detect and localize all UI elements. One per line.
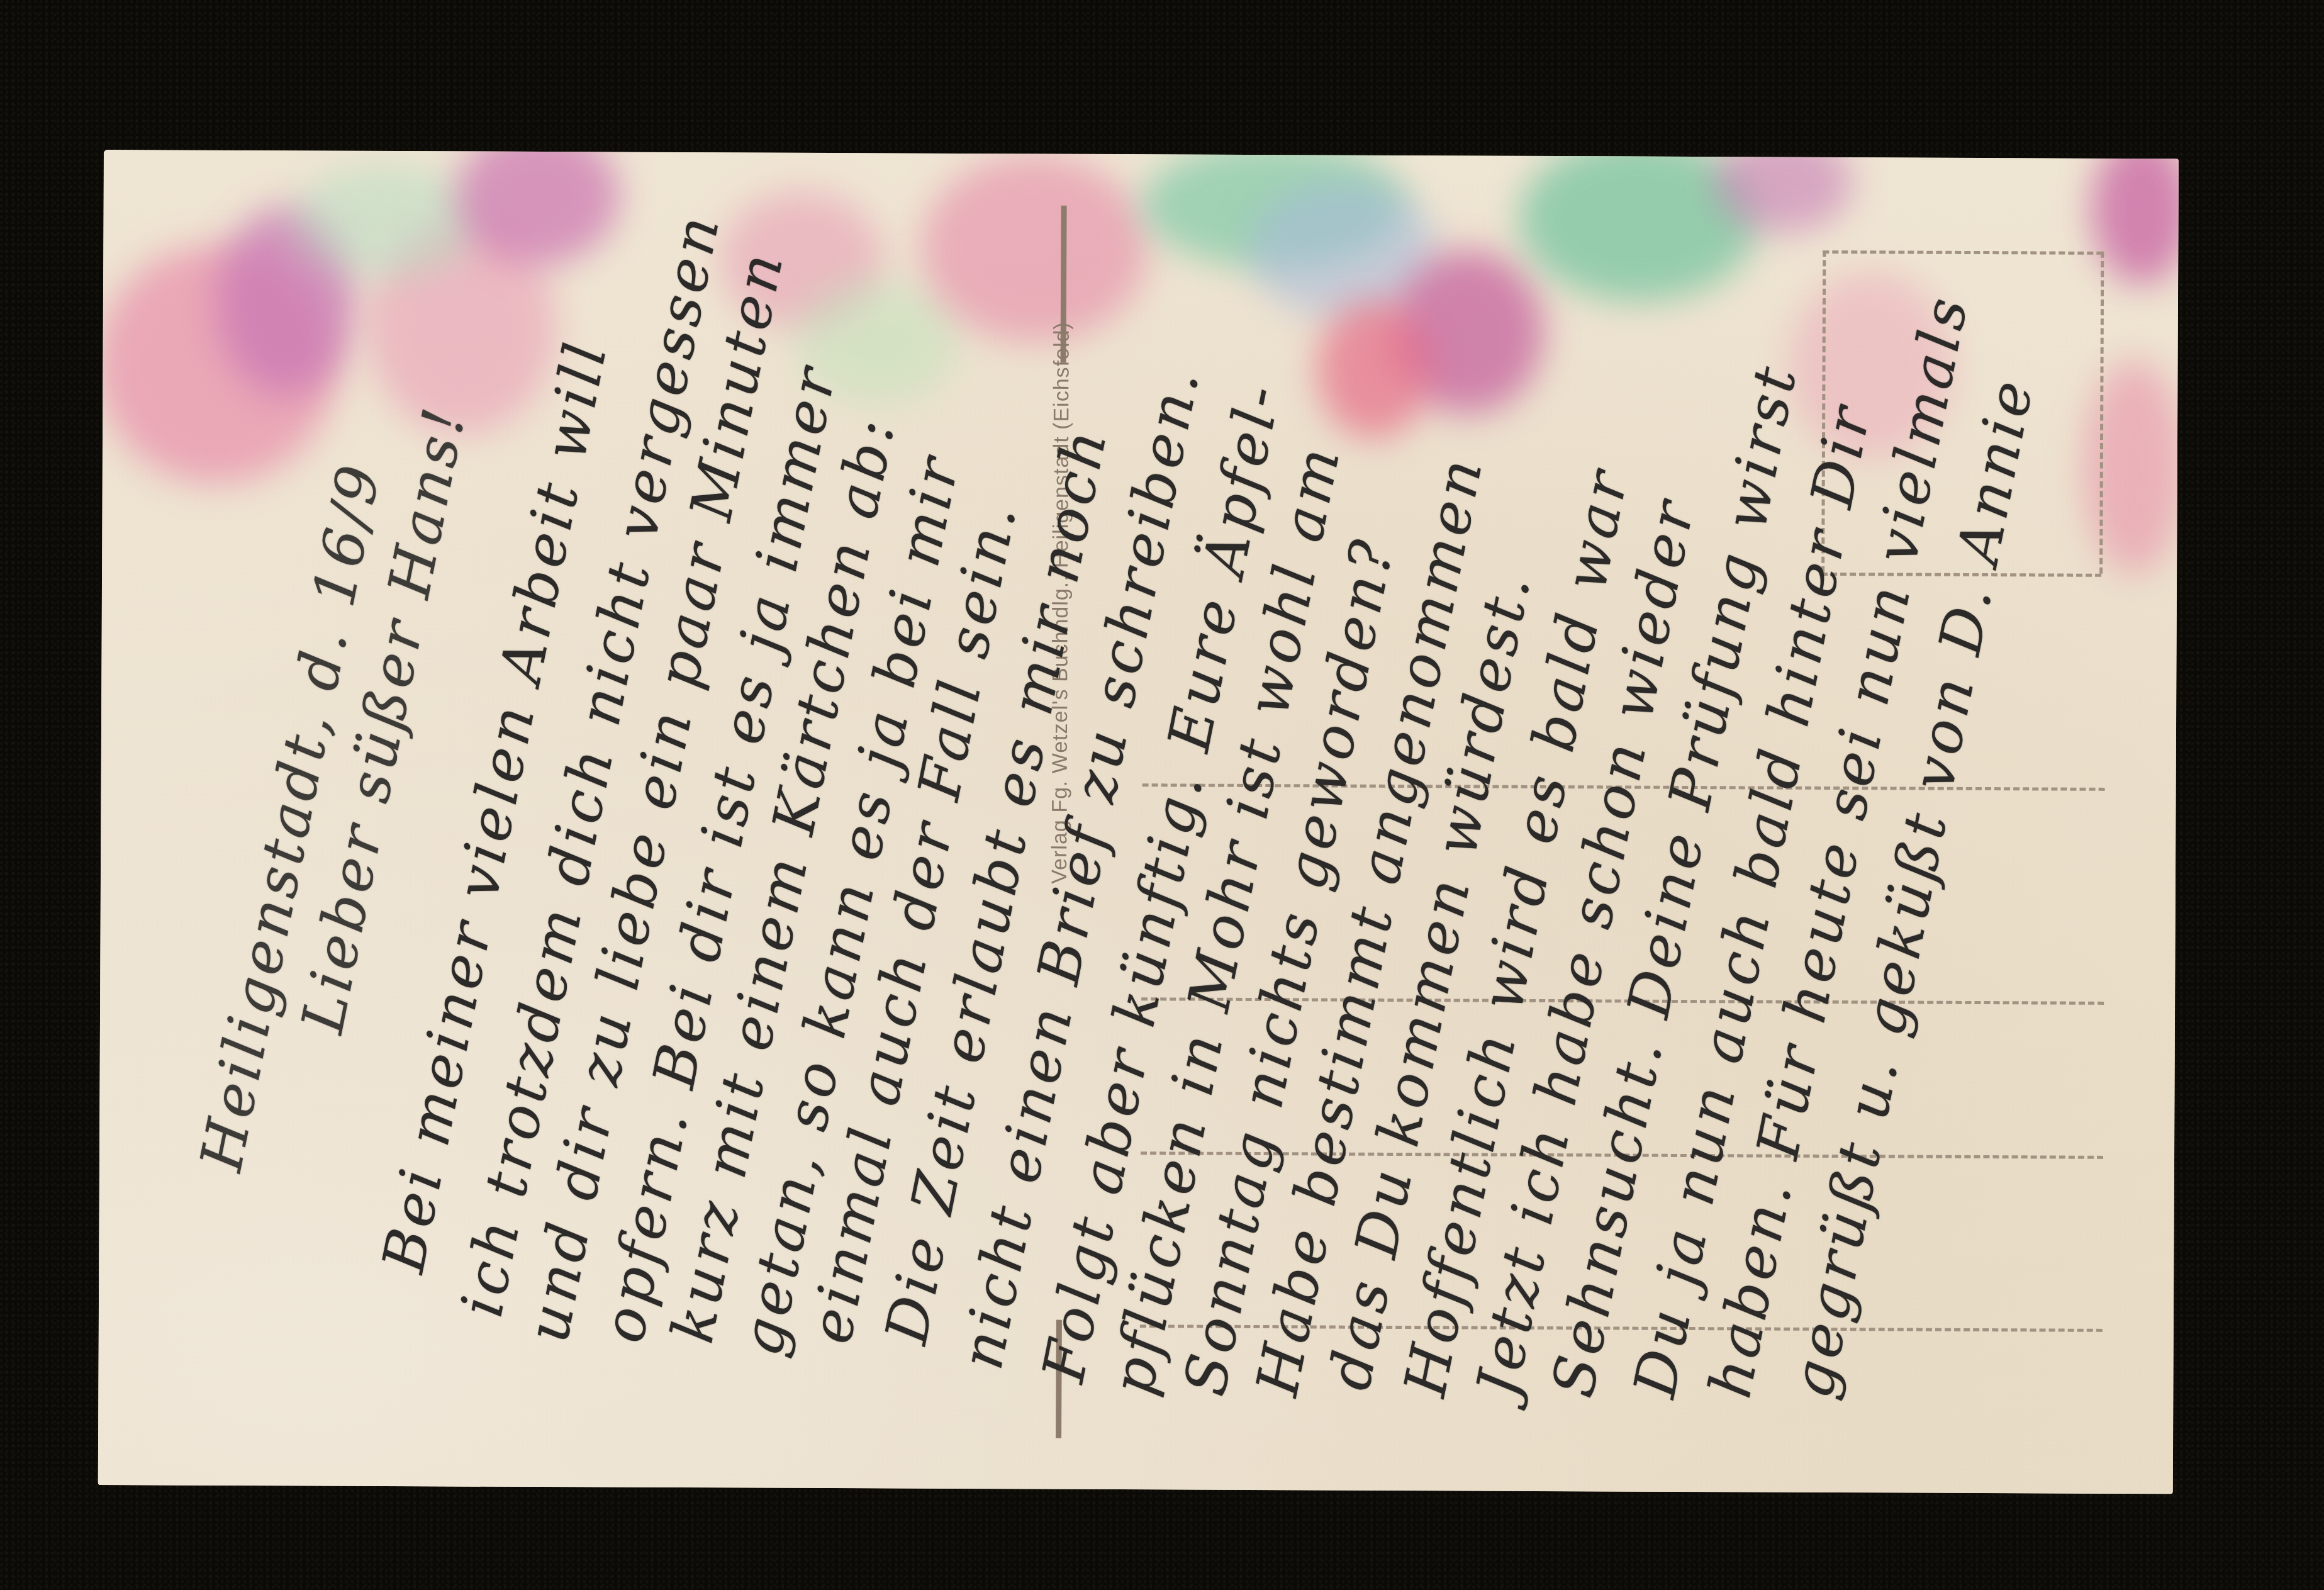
postcard: Verlag Fg. Wetzel's Buchhdlg., Heiligens… <box>98 150 2179 1494</box>
red-stain <box>1317 300 1431 439</box>
green-stain <box>292 163 481 277</box>
pink-stain <box>921 154 1148 344</box>
